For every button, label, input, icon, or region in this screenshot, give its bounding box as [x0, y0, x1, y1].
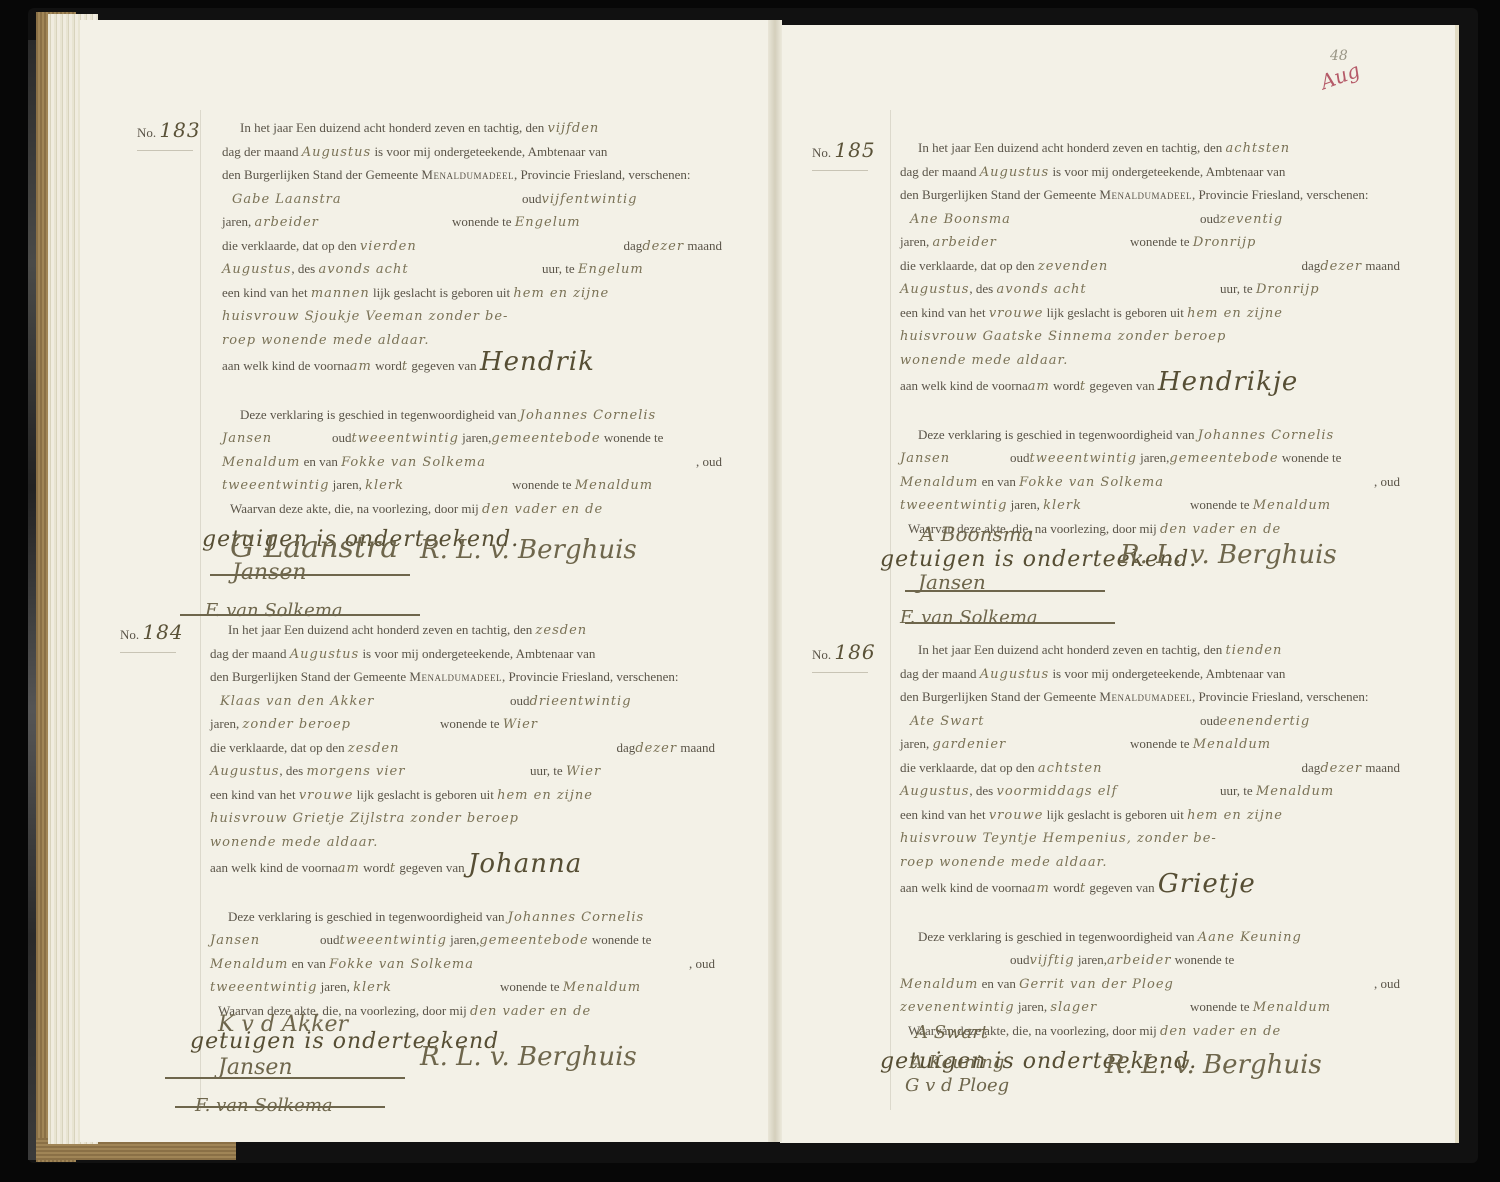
preprinted-text: aan welk kind de voorna [222, 358, 350, 373]
witness1-name: Johannes Cornelis [508, 910, 644, 925]
preprinted-text: , oud [1374, 470, 1400, 494]
act-line-closing: Waarvan deze akte, die, na voorlezing, d… [222, 497, 722, 521]
preprinted-text: , oud [689, 952, 715, 976]
birth-month: Augustus [900, 784, 969, 799]
act-line-childname: aan welk kind de voornaam wordt gegeven … [900, 873, 1400, 897]
preprinted-text: oud [522, 191, 542, 206]
act-line-mother-cont: roep wonende mede aldaar. [222, 328, 722, 352]
witness1-residence: Menaldum [222, 455, 300, 470]
parents-line-3: wonende mede aldaar. [900, 353, 1068, 368]
witness2-occupation: klerk [365, 478, 404, 493]
preprinted-text: oud [332, 430, 352, 445]
preprinted-text: die verklaarde, dat op den [900, 760, 1035, 775]
birth-time: voormiddags elf [997, 784, 1118, 799]
preprinted-text: is voor mij ondergeteekende, Ambtenaar v… [374, 144, 607, 159]
preprinted-text: word [363, 860, 390, 875]
preprinted-text: maand [687, 238, 722, 253]
preprinted-text: en van [292, 956, 326, 971]
handwritten-suffix: t [402, 359, 408, 374]
birth-day: zevenden [1038, 259, 1108, 274]
preprinted-text: , des [969, 281, 993, 296]
preprinted-text: dag [617, 740, 636, 755]
preprinted-text: jaren, [450, 932, 479, 947]
declarant-age: zeventig [1220, 212, 1284, 227]
preprinted-text: Deze verklaring is geschied in tegenwoor… [918, 427, 1195, 442]
preprinted-text: jaren, [462, 430, 491, 445]
preprinted-text: , oud [1374, 972, 1400, 996]
preprinted-text: wonende te [1175, 952, 1235, 967]
margin-rule [890, 110, 891, 1110]
preprinted-text: dag der maand [210, 646, 287, 661]
act-line-month: dag der maand Augustus is voor mij onder… [900, 160, 1400, 184]
preprinted-text: jaren, [321, 979, 350, 994]
act-line-mother: huisvrouw Gaatske Sinnema zonder beroep [900, 324, 1400, 348]
preprinted-text: die verklaarde, dat op den [900, 258, 1035, 273]
act-line-month: dag der maand Augustus is voor mij onder… [900, 662, 1400, 686]
preprinted-text: oudeenendertig [1200, 709, 1310, 734]
child-name: Grietje [1158, 869, 1256, 899]
preprinted-text: dag [1302, 760, 1321, 775]
act-number-label: No. [812, 647, 831, 662]
preprinted-text: wonende te [440, 716, 500, 731]
act-line-registry: den Burgerlijken Stand der Gemeente Mena… [222, 163, 722, 187]
preprinted-text: is voor mij ondergeteekende, Ambtenaar v… [362, 646, 595, 661]
preprinted-text: die verklaarde, dat op den [210, 740, 345, 755]
declarant-name: Klaas van den Akker [220, 694, 374, 709]
folio-number: 48 Aug [1320, 48, 1360, 88]
declarant-name: Gabe Laanstra [232, 192, 342, 207]
act-line-witness2: Menaldum en van Gerrit van der Ploeg, ou… [900, 972, 1400, 996]
act-line-childname: aan welk kind de voornaam wordt gegeven … [900, 371, 1400, 395]
closing-handwritten-a: den vader en de [1160, 1024, 1281, 1039]
preprinted-text: jaren, [1140, 450, 1169, 465]
declarant-age: eenendertig [1220, 714, 1311, 729]
parents-line-3: wonende mede aldaar. [210, 835, 378, 850]
witness2-age: tweeentwintig [900, 498, 1007, 513]
witness1-age: vijftig [1030, 953, 1075, 968]
act-line-month: dag der maand Augustus is voor mij onder… [222, 140, 722, 164]
act-line-witness1: Deze verklaring is geschied in tegenwoor… [210, 905, 715, 929]
preprinted-text: lijk geslacht is geboren uit [357, 787, 494, 802]
parents-line-2: huisvrouw Sjoukje Veeman zonder be- [222, 309, 508, 324]
act-line-declarant: Gabe Laanstra oudvijfentwintig [222, 187, 722, 211]
preprinted-text: uur, te [542, 261, 575, 276]
act-number: No. 186 [812, 640, 876, 664]
act-line-childname: aan welk kind de voornaam wordt gegeven … [210, 853, 715, 877]
preprinted-text: gegeven van [1089, 378, 1154, 393]
preprinted-text: , Provincie Friesland, verschenen: [502, 669, 679, 684]
act-number-label: No. [120, 627, 139, 642]
witness2-residence: Menaldum [575, 478, 653, 493]
signature: R. L. v. Berghuis [1105, 1050, 1322, 1080]
witness2-name: Gerrit van der Ploeg [1019, 977, 1174, 992]
act-line-sex: een kind van het vrouwe lijk geslacht is… [210, 783, 715, 807]
witness2-occupation: klerk [353, 980, 392, 995]
handwritten-suffix: t [1080, 881, 1086, 896]
preprinted-text: Waarvan deze akte, die, na voorlezing, d… [230, 501, 479, 516]
preprinted-text: wonende te [604, 430, 664, 445]
parents-line-2: huisvrouw Teyntje Hempenius, zonder be- [900, 831, 1217, 846]
act-line-mother-cont: wonende mede aldaar. [900, 348, 1400, 372]
act-line-occupation: jaren, zonder beroepwonende te Wier [210, 712, 715, 736]
act-line-witness2-age: tweeentwintig jaren, klerkwonende te Men… [210, 975, 715, 999]
preprinted-text: Deze verklaring is geschied in tegenwoor… [240, 407, 517, 422]
preprinted-text: gegeven van [399, 860, 464, 875]
preprinted-text: jaren, [210, 716, 239, 731]
preprinted-text: den Burgerlijken Stand der Gemeente [222, 167, 418, 182]
declarant-residence: Engelum [515, 215, 581, 230]
declarant-residence: Wier [503, 717, 538, 732]
preprinted-text: In het jaar Een duizend acht honderd zev… [228, 622, 532, 637]
preprinted-text: , Provincie Friesland, verschenen: [1192, 187, 1369, 202]
preprinted-text: die verklaarde, dat op den [222, 238, 357, 253]
witness1-residence: Menaldum [900, 475, 978, 490]
act-number-rule [137, 150, 193, 151]
municipality-name: Menaldumadeel [1099, 689, 1192, 704]
preprinted-text: In het jaar Een duizend acht honderd zev… [918, 642, 1222, 657]
preprinted-text: lijk geslacht is geboren uit [373, 285, 510, 300]
preprinted-text: is voor mij ondergeteekende, Ambtenaar v… [1052, 666, 1285, 681]
preprinted-text: aan welk kind de voorna [900, 378, 1028, 393]
preprinted-text: lijk geslacht is geboren uit [1047, 305, 1184, 320]
act-line-birthday: die verklaarde, dat op den zevendendagde… [900, 254, 1400, 278]
signature: A Boonsma [920, 522, 1034, 546]
act-line-witness1-age: oudvijftig jaren,arbeider wonende te [900, 948, 1400, 972]
birth-month-word: dezer [635, 741, 677, 756]
preprinted-text: jaren, [1078, 952, 1107, 967]
declarant-age: vijfentwintig [542, 192, 638, 207]
book-gutter [768, 20, 782, 1142]
spacer [900, 395, 1400, 423]
act-line-opening: In het jaar Een duizend acht honderd zev… [210, 618, 715, 642]
act-line-mother: huisvrouw Teyntje Hempenius, zonder be- [900, 826, 1400, 850]
witness2-age: tweeentwintig [222, 478, 329, 493]
preprinted-text: word [375, 358, 402, 373]
signature: A Keuning [910, 1052, 1004, 1073]
preprinted-text: In het jaar Een duizend acht honderd zev… [918, 140, 1222, 155]
witness1-name: Johannes Cornelis [1198, 428, 1334, 443]
birth-place: Menaldum [1256, 784, 1334, 799]
birth-place: Dronrijp [1256, 282, 1320, 297]
preprinted-text: wonende te [1130, 234, 1190, 249]
registration-day: achtsten [1226, 141, 1291, 156]
preprinted-text: lijk geslacht is geboren uit [1047, 807, 1184, 822]
registration-day: vijfden [548, 121, 600, 136]
municipality-name: Menaldumadeel [409, 669, 502, 684]
parents-line-3: roep wonende mede aldaar. [222, 333, 430, 348]
witness1-age: tweeentwintig [1030, 451, 1137, 466]
preprinted-text: jaren, [1018, 999, 1047, 1014]
act-line-declarant: Ane Boonsma oudzeventig [900, 207, 1400, 231]
handwritten-suffix: am [1028, 379, 1050, 394]
preprinted-text: dag der maand [900, 164, 977, 179]
preprinted-text: In het jaar Een duizend acht honderd zev… [240, 120, 544, 135]
signature-underline [905, 622, 1115, 624]
handwritten-suffix: am [350, 359, 372, 374]
parents-line-1: hem en zijne [1187, 306, 1283, 321]
signature: R. L. v. Berghuis [420, 535, 637, 565]
preprinted-text: Deze verklaring is geschied in tegenwoor… [918, 929, 1195, 944]
preprinted-text: gegeven van [1089, 880, 1154, 895]
act-number: No. 185 [812, 138, 876, 162]
preprinted-text: wonende te [1190, 999, 1250, 1014]
act-line-declarant: Ate Swart oudeenendertig [900, 709, 1400, 733]
preprinted-text: wonende te [500, 979, 560, 994]
child-sex: vrouwe [989, 306, 1044, 321]
birth-month-word: dezer [642, 239, 684, 254]
preprinted-text: maand [1365, 760, 1400, 775]
declarant-residence: Dronrijp [1193, 235, 1257, 250]
preprinted-text: den Burgerlijken Stand der Gemeente [210, 669, 406, 684]
preprinted-text: aan welk kind de voorna [900, 880, 1028, 895]
parents-line-2: huisvrouw Grietje Zijlstra zonder beroep [210, 811, 519, 826]
act-line-occupation: jaren, gardenierwonende te Menaldum [900, 732, 1400, 756]
act-line-mother: huisvrouw Sjoukje Veeman zonder be- [222, 304, 722, 328]
preprinted-text: aan welk kind de voorna [210, 860, 338, 875]
spacer [210, 877, 715, 905]
witness1-surname: Jansen [222, 431, 272, 446]
spacer [222, 375, 722, 403]
birth-day: vierden [360, 239, 417, 254]
act-number: No. 184 [120, 620, 184, 644]
preprinted-text: word [1053, 880, 1080, 895]
preprinted-text: oud [1200, 211, 1220, 226]
act-number-value: 183 [159, 118, 200, 142]
signature: G v d Ploeg [905, 1075, 1009, 1096]
preprinted-text: jaren, [900, 736, 929, 751]
signature: K v d Akker [218, 1012, 348, 1037]
witness2-name: Fokke van Solkema [329, 957, 474, 972]
child-name: Hendrikje [1158, 367, 1298, 397]
signature: R. L. v. Berghuis [420, 1042, 637, 1072]
preprinted-text: , des [969, 783, 993, 798]
spacer [900, 897, 1400, 925]
closing-handwritten-a: den vader en de [470, 1004, 591, 1019]
preprinted-text: en van [982, 474, 1016, 489]
act-line-witness1-age: Jansenoudtweeentwintig jaren,gemeentebod… [222, 426, 722, 450]
closing-handwritten-a: den vader en de [482, 502, 603, 517]
birth-act: In het jaar Een duizend acht honderd zev… [222, 116, 722, 562]
act-number-label: No. [812, 145, 831, 160]
preprinted-text: wonende te [1282, 450, 1342, 465]
witness1-occupation: arbeider [1107, 953, 1171, 968]
act-line-witness1: Deze verklaring is geschied in tegenwoor… [900, 423, 1400, 447]
witness1-occupation: gemeentebode [491, 431, 600, 446]
witness1-surname: Jansen [210, 933, 260, 948]
act-line-mother: huisvrouw Grietje Zijlstra zonder beroep [210, 806, 715, 830]
birth-month-word: dezer [1320, 259, 1362, 274]
preprinted-text: word [1053, 378, 1080, 393]
child-name: Johanna [468, 849, 582, 879]
birth-month: Augustus [900, 282, 969, 297]
signature: F. van Solkema [900, 607, 1038, 628]
preprinted-text: en van [982, 976, 1016, 991]
witness2-occupation: klerk [1043, 498, 1082, 513]
declarant-age: drieentwintig [530, 694, 632, 709]
declarant-occupation: arbeider [254, 215, 318, 230]
preprinted-text: uur, te [1220, 783, 1253, 798]
birth-place: Engelum [578, 262, 644, 277]
act-number: No. 183 [137, 118, 201, 142]
child-sex: vrouwe [299, 788, 354, 803]
preprinted-text: gegeven van [411, 358, 476, 373]
witness2-name: Fokke van Solkema [341, 455, 486, 470]
margin-rule [200, 110, 201, 1110]
preprinted-text: ouddrieentwintig [510, 689, 632, 714]
witness1-age: tweeentwintig [340, 933, 447, 948]
preprinted-text: maand [1365, 258, 1400, 273]
registration-day: tienden [1226, 643, 1283, 658]
act-line-birthtime: Augustus, des voormiddags elfuur, te Men… [900, 779, 1400, 803]
preprinted-text: oudvijfentwintig [522, 187, 638, 212]
declarant-occupation: gardenier [932, 737, 1006, 752]
witness1-name: Johannes Cornelis [520, 408, 656, 423]
declarant-occupation: zonder beroep [242, 717, 350, 732]
preprinted-text: en van [304, 454, 338, 469]
preprinted-text: uur, te [530, 763, 563, 778]
act-line-registry: den Burgerlijken Stand der Gemeente Mena… [210, 665, 715, 689]
act-line-childname: aan welk kind de voornaam wordt gegeven … [222, 351, 722, 375]
act-line-occupation: jaren, arbeiderwonende te Dronrijp [900, 230, 1400, 254]
registration-month: Augustus [290, 647, 359, 662]
birth-act: In het jaar Een duizend acht honderd zev… [900, 136, 1400, 582]
act-line-witness2: Menaldum en van Fokke van Solkema, oud [222, 450, 722, 474]
birth-time: morgens vier [307, 764, 406, 779]
witness2-occupation: slager [1050, 1000, 1097, 1015]
registration-day: zesden [536, 623, 588, 638]
act-line-witness1-age: Jansenoudtweeentwintig jaren,gemeentebod… [900, 446, 1400, 470]
registration-month: Augustus [302, 145, 371, 160]
act-line-birthtime: Augustus, des avonds achtuur, te Dronrij… [900, 277, 1400, 301]
act-line-occupation: jaren, arbeiderwonende te Engelum [222, 210, 722, 234]
declarant-name: Ate Swart [910, 714, 984, 729]
signature-underline [210, 574, 410, 576]
registration-month: Augustus [980, 667, 1049, 682]
birth-act: In het jaar Een duizend acht honderd zev… [900, 638, 1400, 1084]
witness1-name: Aane Keuning [1198, 930, 1302, 945]
signature: R. L. v. Berghuis [1120, 540, 1337, 570]
declarant-occupation: arbeider [932, 235, 996, 250]
act-number-rule [120, 652, 176, 653]
declarant-name: Ane Boonsma [910, 212, 1011, 227]
signature: Jansen [232, 560, 307, 585]
preprinted-text: den Burgerlijken Stand der Gemeente [900, 187, 1096, 202]
act-line-birthtime: Augustus, des avonds achtuur, te Engelum [222, 257, 722, 281]
preprinted-text: , des [291, 261, 315, 276]
handwritten-suffix: am [1028, 881, 1050, 896]
declarant-residence: Menaldum [1193, 737, 1271, 752]
preprinted-text: oud [1200, 713, 1220, 728]
witness1-residence: Menaldum [210, 957, 288, 972]
act-line-mother-cont: wonende mede aldaar. [210, 830, 715, 854]
witness1-occupation: gemeentebode [1169, 451, 1278, 466]
act-line-registry: den Burgerlijken Stand der Gemeente Mena… [900, 685, 1400, 709]
birth-act: In het jaar Een duizend acht honderd zev… [210, 618, 715, 1064]
signature: A Swart [915, 1022, 988, 1043]
preprinted-text: , Provincie Friesland, verschenen: [1192, 689, 1369, 704]
municipality-name: Menaldumadeel [421, 167, 514, 182]
preprinted-text: jaren, [333, 477, 362, 492]
preprinted-text: wonende te [1190, 497, 1250, 512]
witness2-name: Fokke van Solkema [1019, 475, 1164, 490]
witness2-residence: Menaldum [1253, 1000, 1331, 1015]
act-line-birthtime: Augustus, des morgens vieruur, te Wier [210, 759, 715, 783]
birth-time: avonds acht [319, 262, 409, 277]
preprinted-text: dag der maand [900, 666, 977, 681]
preprinted-text: oud [1010, 450, 1030, 465]
preprinted-text: oud [1010, 952, 1030, 967]
act-number-value: 185 [834, 138, 875, 162]
birth-month-word: dezer [1320, 761, 1362, 776]
act-line-witness2-age: zevenentwintig jaren, slagerwonende te M… [900, 995, 1400, 1019]
preprinted-text: wonende te [1130, 736, 1190, 751]
birth-time: avonds acht [997, 282, 1087, 297]
child-sex: mannen [311, 286, 370, 301]
preprinted-text: maand [680, 740, 715, 755]
act-line-birthday: die verklaarde, dat op den vierdendagdez… [222, 234, 722, 258]
act-line-opening: In het jaar Een duizend acht honderd zev… [900, 638, 1400, 662]
act-line-opening: In het jaar Een duizend acht honderd zev… [900, 136, 1400, 160]
child-name: Hendrik [480, 347, 595, 377]
preprinted-text: is voor mij ondergeteekende, Ambtenaar v… [1052, 164, 1285, 179]
preprinted-text: oudzeventig [1200, 207, 1283, 232]
preprinted-text: wonende te [592, 932, 652, 947]
signature-underline [180, 614, 420, 616]
act-number-rule [812, 672, 868, 673]
witness1-surname: Jansen [900, 451, 950, 466]
witness2-residence: Menaldum [1253, 498, 1331, 513]
act-line-witness2: Menaldum en van Fokke van Solkema, oud [210, 952, 715, 976]
birth-month: Augustus [210, 764, 279, 779]
parents-line-1: hem en zijne [1187, 808, 1283, 823]
witness2-age: zevenentwintig [900, 1000, 1015, 1015]
act-line-witness2-age: tweeentwintig jaren, klerkwonende te Men… [222, 473, 722, 497]
birth-month: Augustus [222, 262, 291, 277]
parents-line-2: huisvrouw Gaatske Sinnema zonder beroep [900, 329, 1226, 344]
act-line-sex: een kind van het vrouwe lijk geslacht is… [900, 301, 1400, 325]
act-line-witness1-age: Jansenoudtweeentwintig jaren,gemeentebod… [210, 928, 715, 952]
signature-underline [165, 1077, 405, 1079]
act-line-witness1: Deze verklaring is geschied in tegenwoor… [900, 925, 1400, 949]
act-line-mother-cont: roep wonende mede aldaar. [900, 850, 1400, 874]
preprinted-text: uur, te [1220, 281, 1253, 296]
handwritten-suffix: t [1080, 379, 1086, 394]
preprinted-text: dag [624, 238, 643, 253]
act-line-birthday: die verklaarde, dat op den achtstendagde… [900, 756, 1400, 780]
act-line-registry: den Burgerlijken Stand der Gemeente Mena… [900, 183, 1400, 207]
preprinted-text: , des [279, 763, 303, 778]
municipality-name: Menaldumadeel [1099, 187, 1192, 202]
witness1-residence: Menaldum [900, 977, 978, 992]
parents-line-1: hem en zijne [513, 286, 609, 301]
handwritten-suffix: t [390, 861, 396, 876]
birth-day: zesden [348, 741, 400, 756]
act-line-witness2-age: tweeentwintig jaren, klerkwonende te Men… [900, 493, 1400, 517]
registration-month: Augustus [980, 165, 1049, 180]
act-line-opening: In het jaar Een duizend acht honderd zev… [222, 116, 722, 140]
preprinted-text: een kind van het [210, 787, 296, 802]
signature-underline [905, 590, 1105, 592]
witness1-occupation: gemeentebode [479, 933, 588, 948]
preprinted-text: wonende te [452, 214, 512, 229]
closing-handwritten-a: den vader en de [1160, 522, 1281, 537]
preprinted-text: dag [1302, 258, 1321, 273]
preprinted-text: oud [320, 932, 340, 947]
act-line-sex: een kind van het vrouwe lijk geslacht is… [900, 803, 1400, 827]
act-line-witness1: Deze verklaring is geschied in tegenwoor… [222, 403, 722, 427]
witness1-age: tweeentwintig [352, 431, 459, 446]
act-line-birthday: die verklaarde, dat op den zesdendagdeze… [210, 736, 715, 760]
